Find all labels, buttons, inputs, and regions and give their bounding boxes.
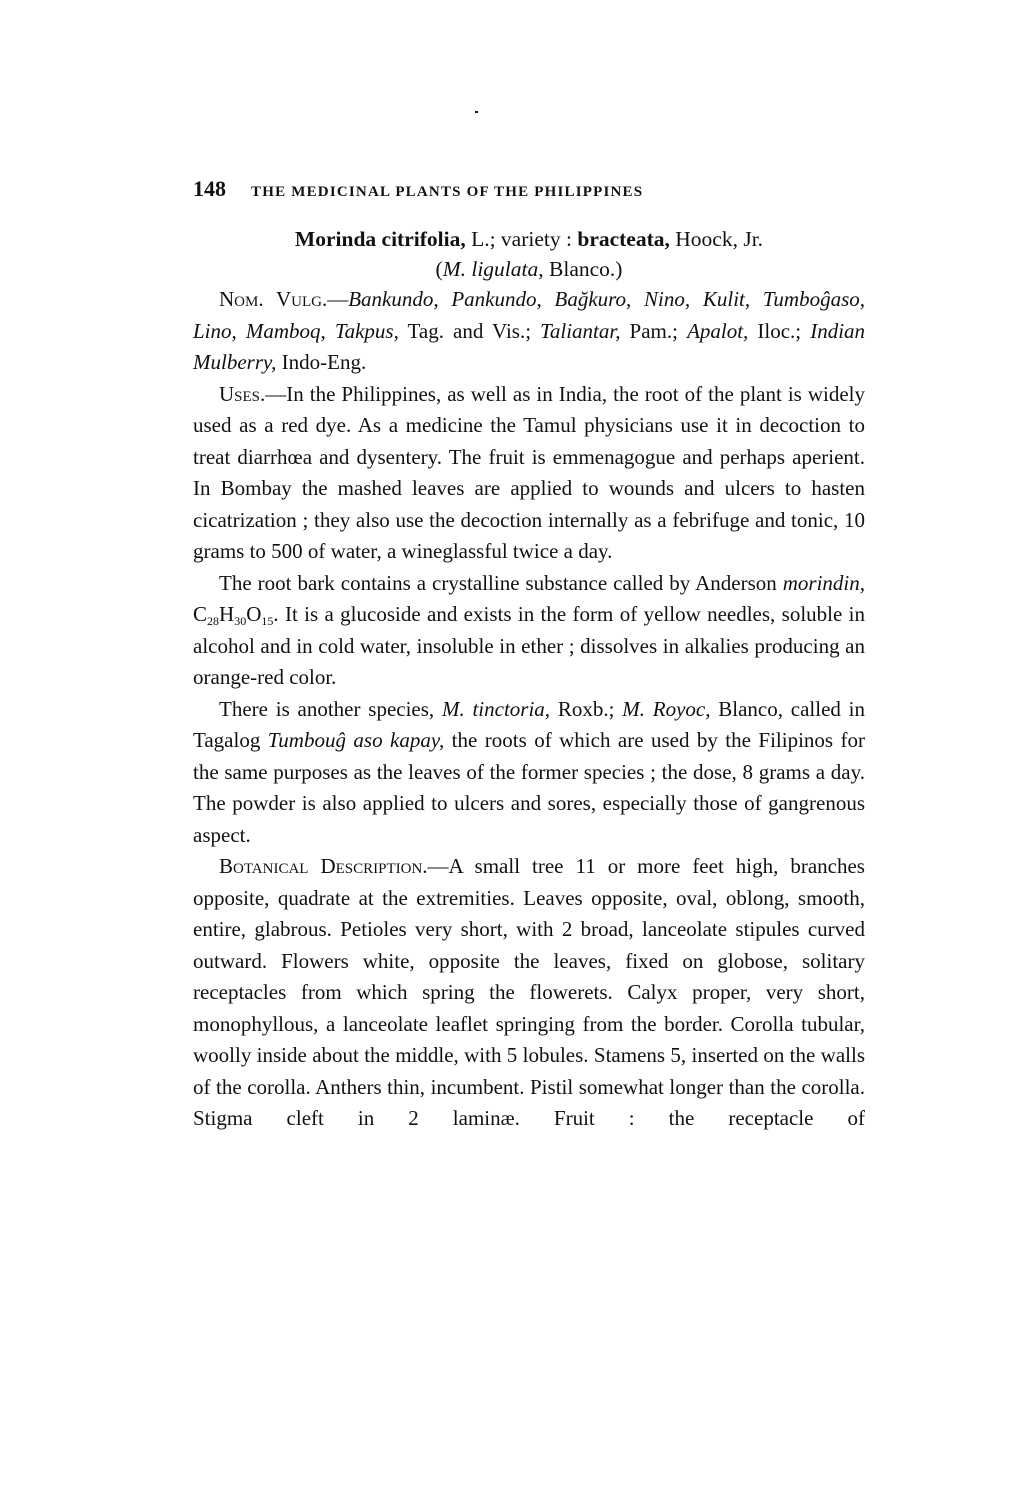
vernacular-names-pam: Taliantar, <box>540 319 620 343</box>
tagalog-name: Tumbouĝ aso kapay, <box>268 728 444 752</box>
vernacular-names-iloc: Apalot, <box>687 319 748 343</box>
chemical-formula: C28H30O15 <box>193 602 273 626</box>
dash: — <box>327 287 348 311</box>
uses-text: —In the Philippines, as well as in India… <box>193 382 865 564</box>
paragraph-botanical-description: Botanical Description.—A small tree 11 o… <box>193 851 865 1135</box>
variety-authority: Hoock, Jr. <box>670 227 763 251</box>
species-authority: L.; variety : <box>466 227 578 251</box>
species-royoc: M. Royoc, <box>622 697 710 721</box>
species-name: Morinda citrifolia, <box>295 227 466 251</box>
running-header: 148 THE MEDICINAL PLANTS OF THE PHILIPPI… <box>193 176 865 206</box>
entry-title: Morinda citrifolia, L.; variety : bracte… <box>193 224 865 284</box>
other-species-text-1: There is another species, <box>219 697 442 721</box>
chemistry-text-2: . It is a glucoside and exists in the fo… <box>193 602 865 689</box>
synonym-paren: ( <box>436 257 443 281</box>
paragraph-nom-vulg: Nom. Vulg.—Bankundo, Pankundo, Bağkuro, … <box>193 284 865 379</box>
compound-name: morindin, <box>783 571 865 595</box>
book-page: 148 THE MEDICINAL PLANTS OF THE PHILIPPI… <box>193 176 865 1135</box>
lang-iloc: Iloc.; <box>748 319 810 343</box>
chemistry-text-1: The root bark contains a crystalline sub… <box>219 571 783 595</box>
other-species-text-2: Roxb.; <box>550 697 622 721</box>
paragraph-uses: Uses.—In the Philippines, as well as in … <box>193 379 865 568</box>
paragraph-chemistry: The root bark contains a crystalline sub… <box>193 568 865 694</box>
formula-h-sub: 30 <box>234 614 246 628</box>
scan-speck <box>475 111 478 113</box>
lang-tag-vis: Tag. and Vis.; <box>399 319 540 343</box>
species-tinctoria: M. tinctoria, <box>442 697 550 721</box>
synonym-name: M. ligulata, <box>443 257 544 281</box>
formula-c: C <box>193 602 207 626</box>
uses-label: Uses. <box>219 382 265 406</box>
botanical-text: —A small tree 11 or more feet high, bran… <box>193 854 865 1130</box>
running-title: THE MEDICINAL PLANTS OF THE PHILIPPINES <box>249 184 643 201</box>
synonym-line: (M. ligulata, Blanco.) <box>193 254 865 284</box>
paragraph-other-species: There is another species, M. tinctoria, … <box>193 694 865 852</box>
lang-indo-eng: Indo-Eng. <box>276 350 366 374</box>
lang-pam: Pam.; <box>620 319 687 343</box>
formula-h: H <box>219 602 234 626</box>
variety-name: bracteata, <box>577 227 670 251</box>
botanical-label: Botanical Description. <box>219 854 428 878</box>
nom-vulg-label: Nom. Vulg. <box>219 287 327 311</box>
species-heading: Morinda citrifolia, L.; variety : bracte… <box>193 224 865 254</box>
formula-c-sub: 28 <box>207 614 219 628</box>
synonym-authority: Blanco.) <box>544 257 623 281</box>
formula-o-sub: 15 <box>261 614 273 628</box>
formula-o: O <box>246 602 261 626</box>
page-number: 148 <box>193 176 249 202</box>
